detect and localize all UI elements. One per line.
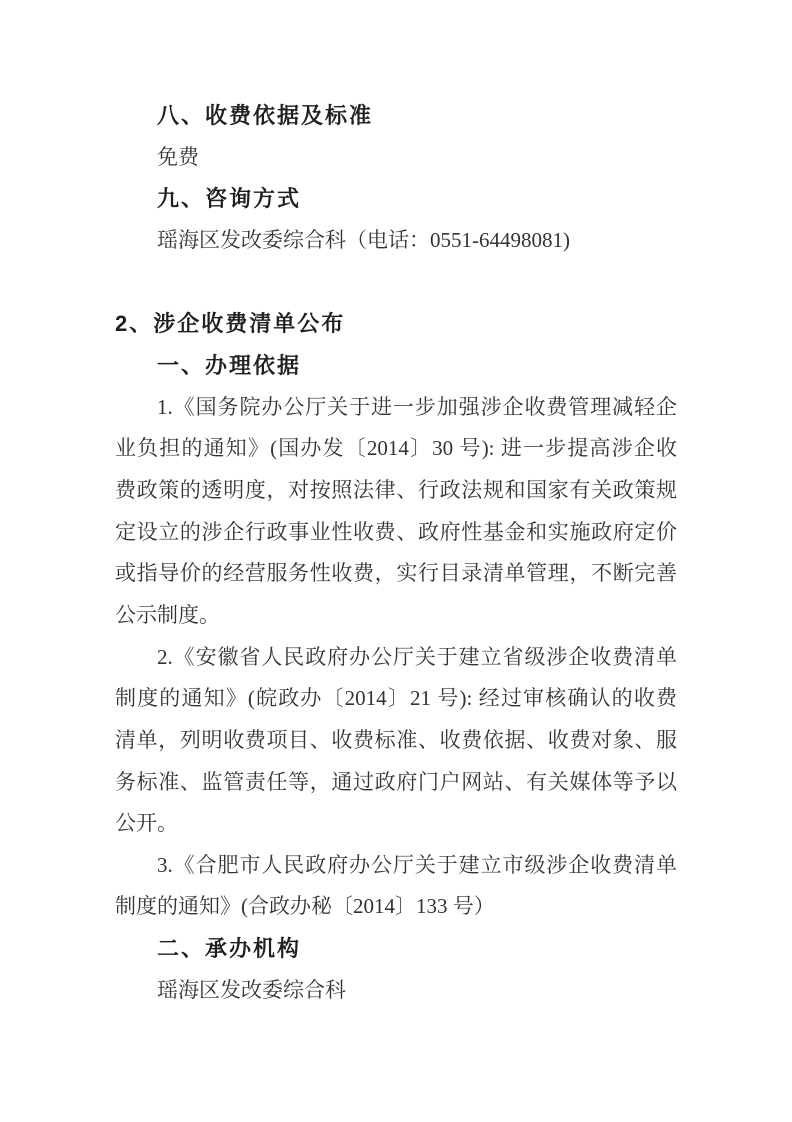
sub-section-heading: 一、办理依据 <box>115 345 677 387</box>
paragraph-line: 3.《合肥市人民政府办公厅关于建立市级涉企收费清单 <box>115 845 677 887</box>
paragraph-line: 清单，列明收费项目、收费标准、收费依据、收费对象、服 <box>115 720 677 762</box>
paragraph: 2.《安徽省人民政府办公厅关于建立省级涉企收费清单制度的通知》(皖政办〔2014… <box>115 637 677 845</box>
paragraph: 3.《合肥市人民政府办公厅关于建立市级涉企收费清单制度的通知》(合政办秘〔201… <box>115 845 677 928</box>
paragraph-line: 制度的通知》(皖政办〔2014〕21 号): 经过审核确认的收费 <box>115 678 677 720</box>
paragraph-line: 定设立的涉企行政事业性收费、政府性基金和实施政府定价 <box>115 512 677 554</box>
paragraph-line: 或指导价的经营服务性收费，实行目录清单管理，不断完善 <box>115 553 677 595</box>
paragraph-line: 公示制度。 <box>115 595 677 637</box>
document-page: 八、收费依据及标准免费九、咨询方式瑶海区发改委综合科（电话：0551-64498… <box>0 0 792 1122</box>
sub-section-heading: 八、收费依据及标准 <box>115 95 677 137</box>
sub-section-heading: 二、承办机构 <box>115 928 677 970</box>
body-text: 瑶海区发改委综合科（电话：0551-64498081) <box>115 220 677 262</box>
paragraph-line: 业负担的通知》(国办发〔2014〕30 号): 进一步提高涉企收 <box>115 428 677 470</box>
document-content: 八、收费依据及标准免费九、咨询方式瑶海区发改委综合科（电话：0551-64498… <box>115 95 677 1011</box>
section-title: 2、涉企收费清单公布 <box>115 303 677 345</box>
body-text: 瑶海区发改委综合科 <box>115 970 677 1012</box>
paragraph-line: 1.《国务院办公厅关于进一步加强涉企收费管理减轻企 <box>115 387 677 429</box>
paragraph-line: 2.《安徽省人民政府办公厅关于建立省级涉企收费清单 <box>115 637 677 679</box>
sub-section-heading: 九、咨询方式 <box>115 178 677 220</box>
section-spacer <box>115 262 677 304</box>
paragraph: 1.《国务院办公厅关于进一步加强涉企收费管理减轻企业负担的通知》(国办发〔201… <box>115 387 677 637</box>
paragraph-line: 费政策的透明度，对按照法律、行政法规和国家有关政策规 <box>115 470 677 512</box>
paragraph-line: 务标准、监管责任等，通过政府门户网站、有关媒体等予以 <box>115 762 677 804</box>
paragraph-line: 制度的通知》(合政办秘〔2014〕133 号） <box>115 886 677 928</box>
body-text: 免费 <box>115 137 677 179</box>
paragraph-line: 公开。 <box>115 803 677 845</box>
